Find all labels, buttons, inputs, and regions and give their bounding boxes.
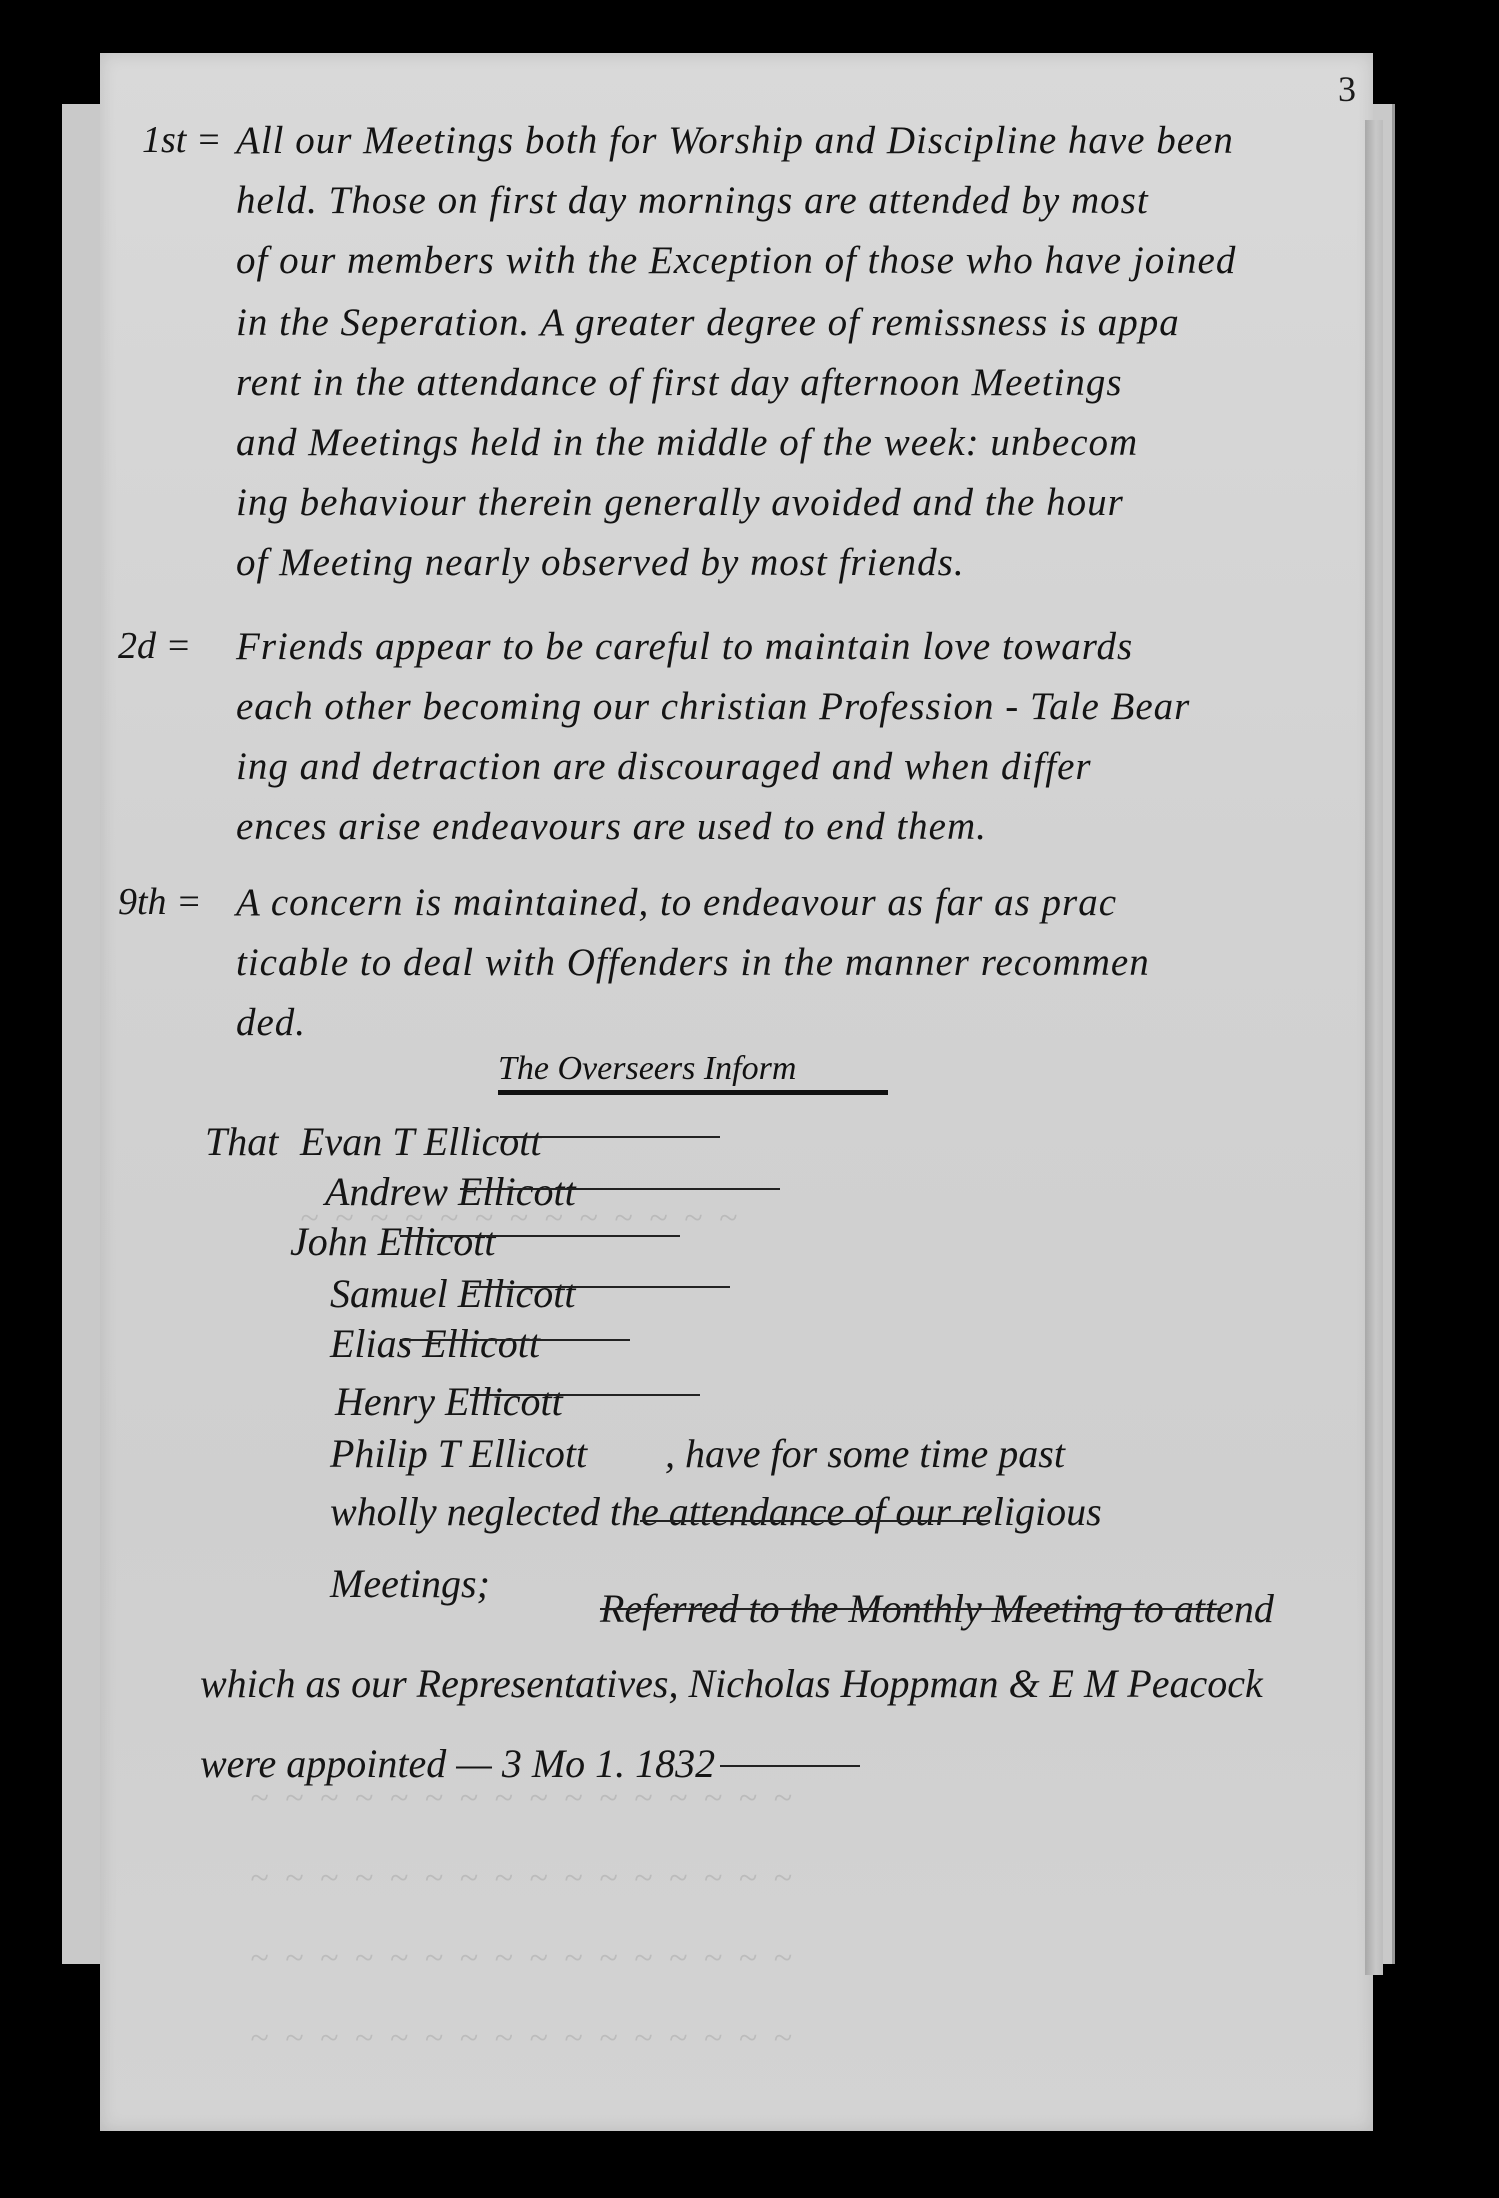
text-line: A concern is maintained, to endeavour as… <box>236 880 1117 925</box>
date-flourish-line <box>720 1765 860 1767</box>
overseers-heading: The Overseers Inform <box>498 1050 796 1088</box>
text-line: in the Seperation. A greater degree of r… <box>236 300 1180 345</box>
name-underline <box>470 1394 700 1396</box>
name-entry: Elias Ellicott <box>330 1320 540 1367</box>
name-entry: Evan T Ellicott <box>300 1118 541 1165</box>
bleed-through-text: ~ ~ ~ ~ ~ ~ ~ ~ ~ ~ ~ ~ ~ ~ ~ ~ <box>250 1860 796 1898</box>
text-line: Friends appear to be careful to maintain… <box>236 624 1133 669</box>
text-line: and Meetings held in the middle of the w… <box>236 420 1138 465</box>
statement-line: Meetings; <box>330 1560 490 1607</box>
name-entry: Andrew Ellicott <box>325 1168 576 1215</box>
statement-line: wholly neglected the attendance of our r… <box>330 1488 1102 1535</box>
heading-underline <box>498 1090 888 1095</box>
name-underline <box>470 1286 730 1288</box>
text-line: of Meeting nearly observed by most frien… <box>236 540 965 585</box>
name-entry: Henry Ellicott <box>335 1378 563 1425</box>
bleed-through-text: ~ ~ ~ ~ ~ ~ ~ ~ ~ ~ ~ ~ ~ ~ ~ ~ <box>250 1940 796 1978</box>
name-underline <box>400 1235 680 1237</box>
name-entry: John Ellicott <box>290 1218 496 1265</box>
name-underline <box>400 1339 630 1341</box>
page-edge <box>1365 120 1383 1975</box>
text-line: ticable to deal with Offenders in the ma… <box>236 940 1150 985</box>
text-line: All our Meetings both for Worship and Di… <box>236 118 1234 163</box>
name-entry: Samuel Ellicott <box>330 1270 576 1317</box>
section-marker: 2d = <box>118 624 191 668</box>
name-underline <box>500 1136 720 1138</box>
referral-line: which as our Representatives, Nicholas H… <box>200 1660 1263 1707</box>
section-marker: 9th = <box>118 880 202 924</box>
name-underline <box>460 1188 780 1190</box>
text-line: rent in the attendance of first day afte… <box>236 360 1123 405</box>
name-entry: Philip T Ellicott <box>330 1430 587 1477</box>
strike-line <box>640 1520 990 1522</box>
referral-date-line: were appointed — 3 Mo 1. 1832 <box>200 1740 715 1787</box>
text-line: of our members with the Exception of tho… <box>236 238 1236 283</box>
text-line: ences arise endeavours are used to end t… <box>236 804 987 849</box>
text-line: held. Those on first day mornings are at… <box>236 178 1149 223</box>
section-marker: 1st = <box>142 118 222 162</box>
text-line: ing behaviour therein generally avoided … <box>236 480 1124 525</box>
statement-line: , have for some time past <box>665 1430 1065 1477</box>
text-line: each other becoming our christian Profes… <box>236 684 1190 729</box>
intro-word: That <box>205 1118 278 1165</box>
text-line: ing and detraction are discouraged and w… <box>236 744 1092 789</box>
strike-line <box>600 1608 1220 1610</box>
text-line: ded. <box>236 1000 306 1045</box>
bleed-through-text: ~ ~ ~ ~ ~ ~ ~ ~ ~ ~ ~ ~ ~ ~ ~ ~ <box>250 2020 796 2058</box>
page-number: 3 <box>1338 68 1356 110</box>
